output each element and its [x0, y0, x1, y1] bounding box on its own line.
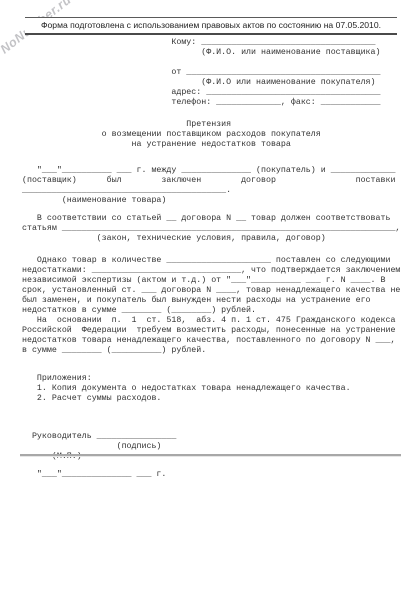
text-line: о возмещении поставщиком расходов покупа… [22, 130, 414, 140]
text-line: на устранение недостатков товара [22, 140, 414, 150]
text-line: статьям ________________________________… [22, 224, 414, 234]
text-line: недостатками: __________________________… [22, 266, 414, 276]
text-line: Приложения: [22, 374, 414, 384]
text-line [22, 58, 414, 68]
text-line: 2. Расчет суммы расходов. [22, 394, 414, 404]
header-notice: Форма подготовлена с использованием прав… [25, 17, 397, 35]
text-line: (Ф.И.О или наименование покупателя) [22, 78, 414, 88]
signature-block: Руководитель ________________ (подпись) … [22, 432, 414, 462]
attachments-list: Приложения: 1. Копия документа о недоста… [22, 374, 414, 404]
text-line: Российской Федерации требуем возместить … [22, 326, 414, 336]
compliance-paragraph: В соответствии со статьей __ договора N … [22, 214, 414, 244]
recipient-block: Кому: __________________________________… [22, 38, 414, 108]
document-title: Претензия о возмещении поставщиком расхо… [22, 120, 414, 150]
text-line: "___"__________ ___ г. между ___________… [22, 166, 414, 176]
text-line: срок, установленный ст. ___ договора N _… [22, 286, 414, 296]
intro-paragraph: "___"__________ ___ г. между ___________… [22, 166, 414, 206]
text-line: недостатков в сумме ________ (________) … [22, 306, 414, 316]
text-line: Кому: __________________________________… [22, 38, 414, 48]
claim-paragraph: Однако товар в количестве ______________… [22, 256, 414, 356]
text-line: (наименование товара) [22, 196, 414, 206]
text-line: В соответствии со статьей __ договора N … [22, 214, 414, 224]
text-line: был заменен, и покупатель был вынужден н… [22, 296, 414, 306]
text-line: Претензия [22, 120, 414, 130]
document-page: NoNumber.ru Форма подготовлена с использ… [0, 0, 420, 600]
footer-divider [20, 454, 401, 457]
text-line: 1. Копия документа о недостатках товара … [22, 384, 414, 394]
text-line: "___"______________ ___ г. [22, 470, 414, 480]
text-line: от _____________________________________… [22, 68, 414, 78]
document-body: Кому: __________________________________… [22, 38, 414, 480]
text-line: (подпись) [22, 442, 414, 452]
text-line: (закон, технические условия, правила, до… [22, 234, 414, 244]
text-line: (Ф.И.О. или наименование поставщика) [22, 48, 414, 58]
text-line: телефон: _____________, факс: __________… [22, 98, 414, 108]
text-line: недостатков товара ненадлежащего качеств… [22, 336, 414, 346]
text-line: в сумме ________ (__________) рублей. [22, 346, 414, 356]
text-line: Руководитель ________________ [22, 432, 414, 442]
text-line: Однако товар в количестве ______________… [22, 256, 414, 266]
text-line: ________________________________________… [22, 186, 414, 196]
text-line: (поставщик) был заключен договор поставк… [22, 176, 414, 186]
date-line: "___"______________ ___ г. [22, 470, 414, 480]
text-line: адрес: _________________________________… [22, 88, 414, 98]
text-line: На основании п. 1 ст. 518, абз. 4 п. 1 с… [22, 316, 414, 326]
text-line: независимой экспертизы (актом и т.д.) от… [22, 276, 414, 286]
